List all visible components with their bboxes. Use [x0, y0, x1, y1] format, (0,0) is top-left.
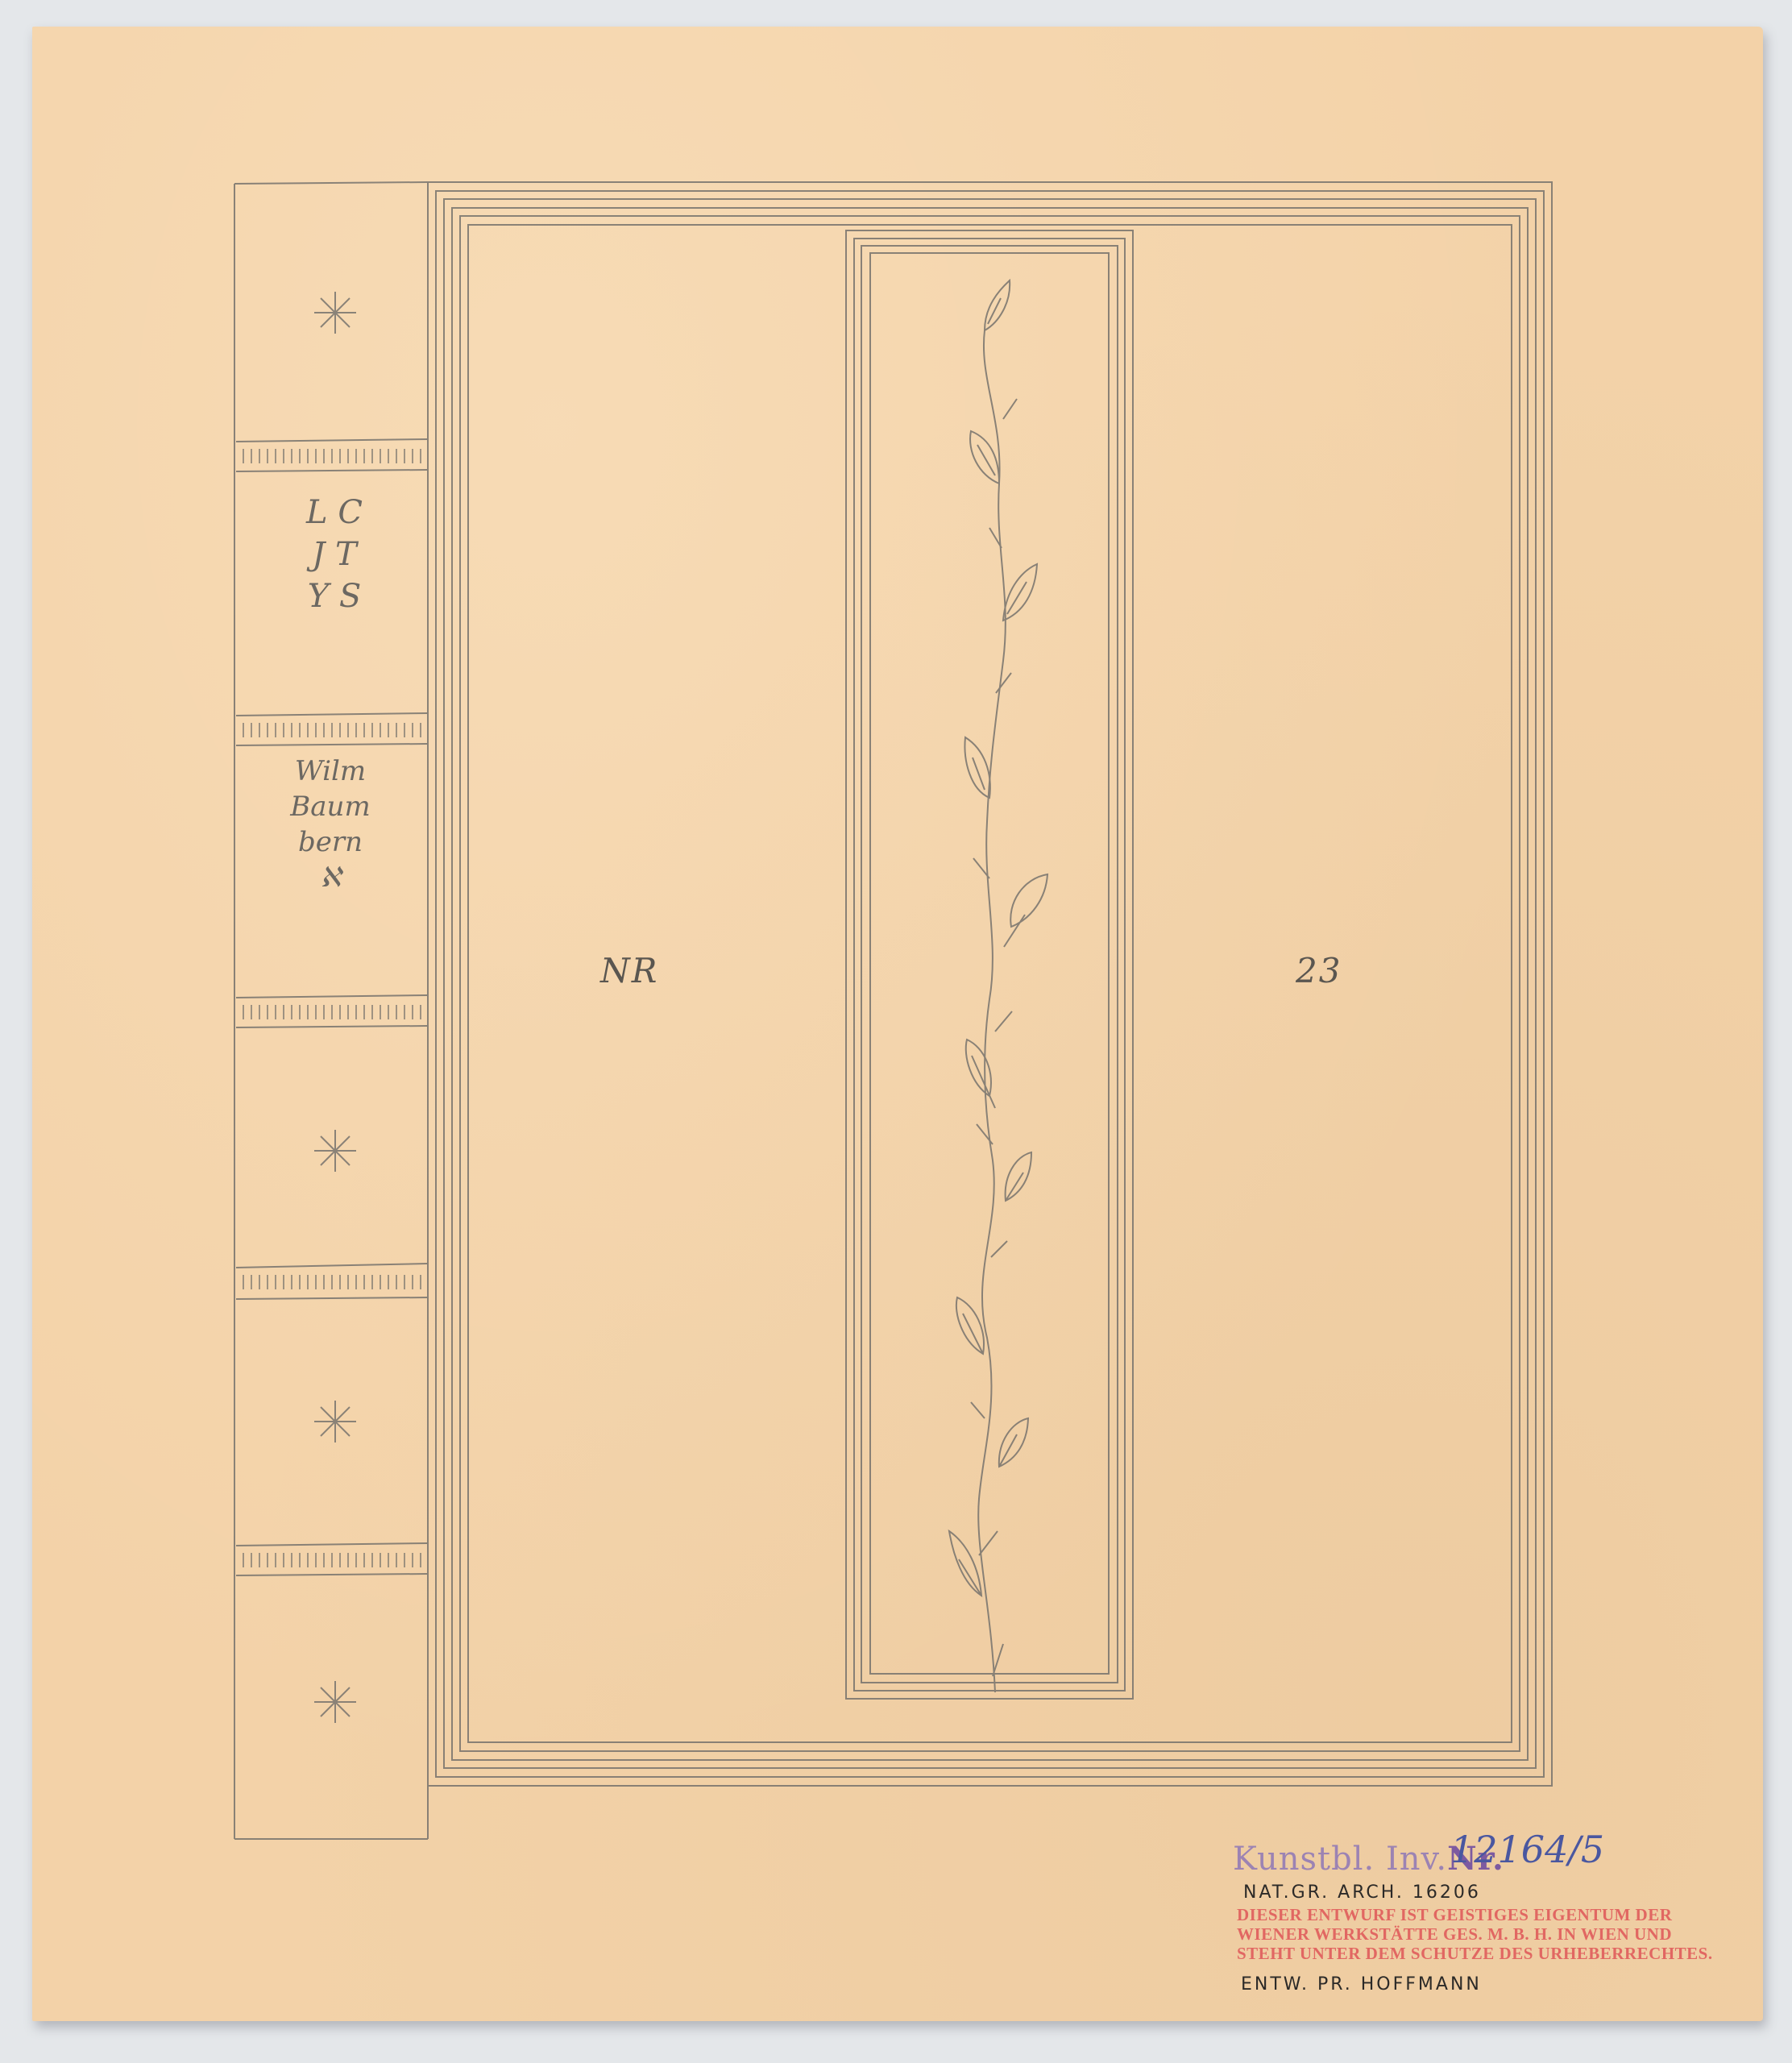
- cover-left-label: NR: [600, 951, 658, 990]
- spine-author-lettering: Wilm Baum bern ℵ: [242, 753, 419, 895]
- cover-right-label: 23: [1296, 951, 1342, 990]
- center-panel-frame: [846, 230, 1133, 1699]
- pencil-drawing: [0, 0, 1792, 2063]
- copyright-stamp: DIESER ENTWURF IST GEISTIGES EIGENTUM DE…: [1237, 1905, 1753, 1963]
- designer-note: ENTW. PR. HOFFMANN: [1241, 1974, 1482, 1995]
- spine-title-lettering: L C J T Y S: [306, 492, 363, 617]
- archive-note: NAT.GR. ARCH. 16206: [1243, 1882, 1481, 1903]
- spine-outline: [234, 182, 428, 1839]
- cover-frame: [428, 182, 1552, 1786]
- vine-motif: [949, 280, 1047, 1692]
- inventory-number: 12164/5: [1450, 1828, 1604, 1871]
